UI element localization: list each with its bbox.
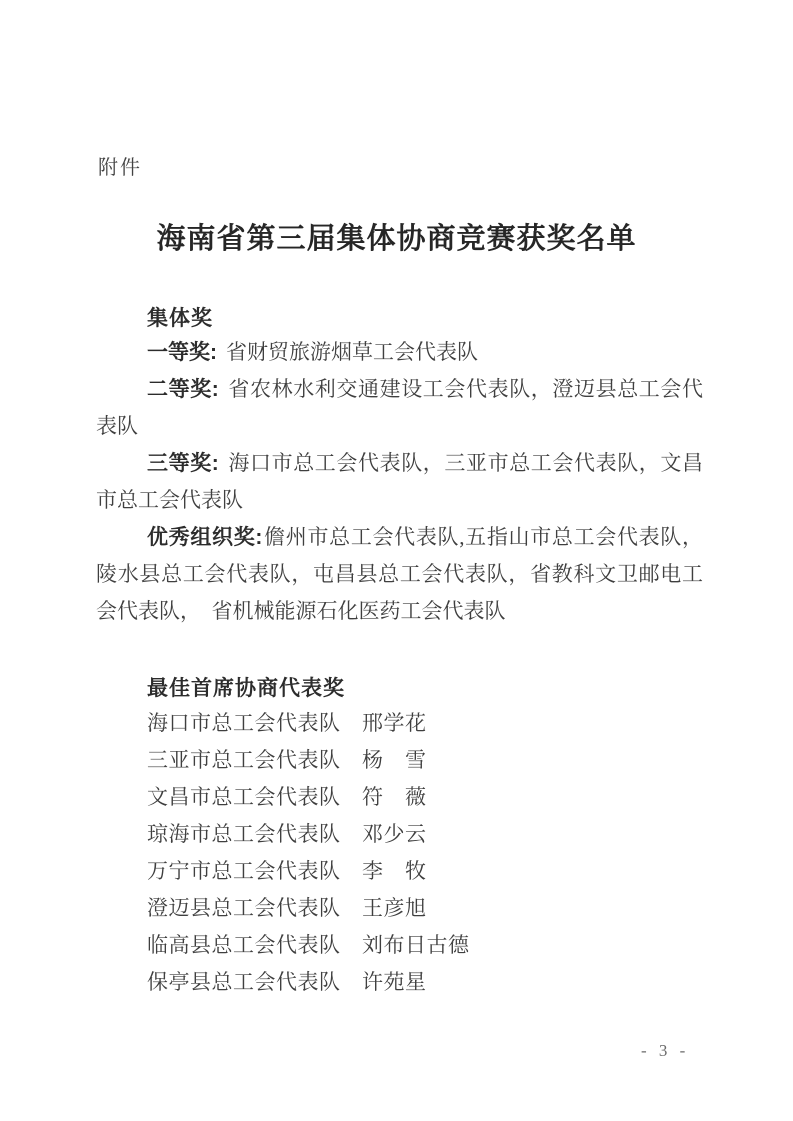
page-title: 海南省第三届集体协商竞赛获奖名单	[0, 216, 793, 257]
best-representative-list: 海口市总工会代表队 邢学花 三亚市总工会代表队 杨 雪 文昌市总工会代表队 符 …	[147, 705, 470, 1001]
team-name: 保亭县总工会代表队	[147, 964, 362, 1001]
team-name: 海口市总工会代表队	[147, 705, 362, 742]
list-item: 文昌市总工会代表队 符 薇	[147, 779, 470, 816]
list-item: 海口市总工会代表队 邢学花	[147, 705, 470, 742]
page-number: - 3 -	[641, 1041, 689, 1061]
team-name: 澄迈县总工会代表队	[147, 890, 362, 927]
award-rank-label: 三等奖:	[147, 452, 219, 475]
award-entry-first-prize: 一等奖:省财贸旅游烟草工会代表队	[96, 334, 703, 371]
best-representative-heading: 最佳首席协商代表奖	[147, 672, 345, 702]
award-entry-third-prize: 三等奖:海口市总工会代表队，三亚市总工会代表队，文昌市总工会代表队	[96, 445, 703, 519]
person-name: 邓少云	[362, 816, 427, 853]
person-name: 王彦旭	[362, 890, 427, 927]
team-name: 琼海市总工会代表队	[147, 816, 362, 853]
collective-award-heading: 集体奖	[147, 302, 213, 332]
person-name: 符 薇	[362, 779, 427, 816]
award-rank-label: 优秀组织奖:	[147, 526, 262, 549]
list-item: 琼海市总工会代表队 邓少云	[147, 816, 470, 853]
team-name: 三亚市总工会代表队	[147, 742, 362, 779]
collective-award-entries: 一等奖:省财贸旅游烟草工会代表队 二等奖:省农林水利交通建设工会代表队，澄迈县总…	[96, 334, 703, 630]
person-name: 邢学花	[362, 705, 427, 742]
person-name: 杨 雪	[362, 742, 427, 779]
person-name: 李 牧	[362, 853, 427, 890]
award-winners-text: 省财贸旅游烟草工会代表队	[226, 340, 478, 364]
list-item: 临高县总工会代表队 刘布日古德	[147, 927, 470, 964]
award-entry-outstanding-organization: 优秀组织奖:儋州市总工会代表队,五指山市总工会代表队，陵水县总工会代表队，屯昌县…	[96, 519, 703, 630]
team-name: 文昌市总工会代表队	[147, 779, 362, 816]
person-name: 刘布日古德	[362, 927, 470, 964]
list-item: 三亚市总工会代表队 杨 雪	[147, 742, 470, 779]
award-rank-label: 二等奖:	[147, 378, 219, 401]
team-name: 临高县总工会代表队	[147, 927, 362, 964]
list-item: 澄迈县总工会代表队 王彦旭	[147, 890, 470, 927]
attachment-label: 附件	[98, 151, 142, 180]
person-name: 许苑星	[362, 964, 427, 1001]
list-item: 保亭县总工会代表队 许苑星	[147, 964, 470, 1001]
team-name: 万宁市总工会代表队	[147, 853, 362, 890]
document-page: 附件 海南省第三届集体协商竞赛获奖名单 集体奖 一等奖:省财贸旅游烟草工会代表队…	[0, 0, 793, 1121]
list-item: 万宁市总工会代表队 李 牧	[147, 853, 470, 890]
award-entry-second-prize: 二等奖:省农林水利交通建设工会代表队，澄迈县总工会代表队	[96, 371, 703, 445]
award-rank-label: 一等奖:	[147, 341, 217, 364]
